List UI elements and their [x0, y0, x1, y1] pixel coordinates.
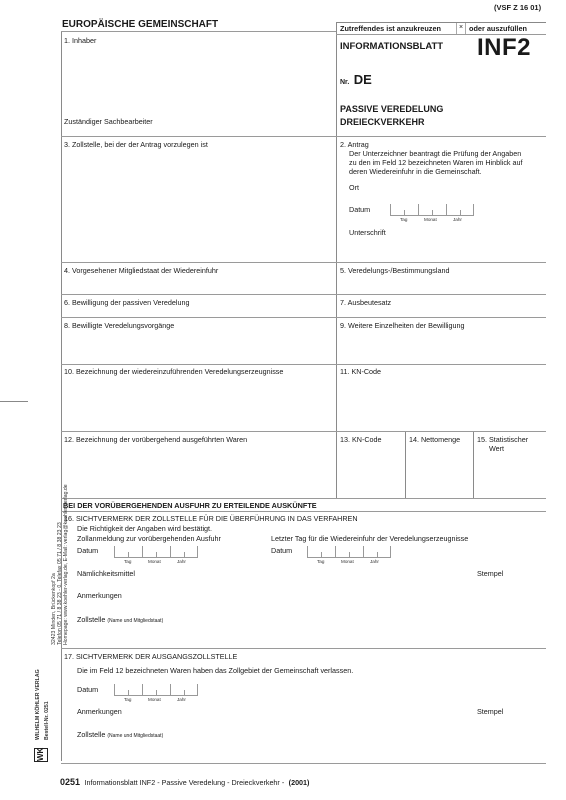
field-1-label: 1. Inhaber	[64, 36, 96, 45]
field-2-date-input[interactable]: Tag Monat Jahr	[390, 204, 474, 224]
hline-row12	[61, 431, 546, 432]
date-year-label: Jahr	[370, 559, 379, 564]
section-17-datum: Datum	[77, 685, 98, 694]
community-title: EUROPÄISCHE GEMEINSCHAFT	[62, 19, 218, 30]
hline-row10	[61, 364, 546, 365]
field-7-label: 7. Ausbeutesatz	[340, 298, 391, 307]
instruction-bar: Zutreffendes ist anzukreuzen × oder ausz…	[336, 22, 546, 34]
publisher-order-no: Bestell-Nr. 0251	[44, 701, 50, 740]
section-header: BEI DER VORÜBERGEHENDEN AUSFUHR ZU ERTEI…	[63, 501, 317, 510]
zollstelle-note: (Name und Mitgliedstaat)	[107, 733, 163, 739]
hline-row16	[61, 511, 546, 512]
field-10-label: 10. Bezeichnung der wiedereinzuführenden…	[64, 367, 283, 376]
nr-field: Nr. DE	[340, 71, 372, 89]
section-16-datum-left: Datum	[77, 546, 98, 555]
date-day-label: Tag	[400, 217, 407, 222]
field-3-label: 3. Zollstelle, bei der der Antrag vorzul…	[64, 140, 208, 149]
publisher-web: Homepage: www.koehler-verlag.de, E-Mail:…	[63, 484, 69, 645]
section-17-zollstelle: Zollstelle (Name und Mitgliedstaat)	[77, 730, 163, 741]
doc-type: INFORMATIONSBLATT	[340, 41, 443, 52]
section-16-date-right-input[interactable]: Tag Monat Jahr	[307, 546, 391, 566]
field-2-text-2: zu den im Feld 12 bezeichneten Waren im …	[349, 158, 523, 167]
section-16-confirm: Die Richtigkeit der Angaben wird bestäti…	[77, 524, 212, 533]
doc-code: INF2	[477, 34, 531, 62]
date-year-label: Jahr	[177, 559, 186, 564]
field-2-text-1: Der Unterzeichner beantragt die Prüfung …	[349, 149, 521, 158]
hline-row6	[61, 294, 546, 295]
date-month-label: Monat	[148, 559, 161, 564]
hline-row17	[61, 648, 546, 649]
field-2-label: 2. Antrag	[340, 140, 369, 149]
date-day-label: Tag	[124, 559, 131, 564]
instruction-prefix: Zutreffendes ist anzukreuzen	[340, 24, 441, 33]
field-2-datum: Datum	[349, 205, 370, 214]
title-line1: PASSIVE VEREDELUNG	[340, 104, 443, 114]
section-16-anmerkungen: Anmerkungen	[77, 591, 122, 600]
hline-top-right	[336, 34, 546, 35]
nr-label: Nr.	[340, 79, 349, 86]
section-16-stempel: Stempel	[477, 569, 503, 578]
date-day-label: Tag	[124, 697, 131, 702]
title-line2: DREIECKVERKEHR	[340, 117, 425, 127]
field-3-input[interactable]	[62, 150, 335, 260]
nr-value: DE	[354, 72, 372, 87]
field-11-label: 11. KN-Code	[340, 367, 381, 376]
hline-row2	[61, 136, 546, 137]
hline-top-left	[61, 31, 336, 32]
field-2-text-3: deren Wiedereinfuhr in die Gemeinschaft.	[349, 167, 482, 176]
divider-13-14	[405, 431, 406, 498]
date-year-label: Jahr	[453, 217, 462, 222]
hline-row4	[61, 262, 546, 263]
form-code: (VSF Z 16 01)	[494, 3, 541, 12]
instruction-suffix: oder auszufüllen	[469, 24, 527, 33]
field-6-label: 6. Bewilligung der passiven Veredelung	[64, 298, 189, 307]
divider-14-15	[473, 431, 474, 498]
field-5-label: 5. Veredelungs-/Bestimmungsland	[340, 266, 449, 275]
section-17-title: 17. SICHTVERMERK DER AUSGANGSZOLLSTELLE	[64, 652, 237, 661]
field-1-input[interactable]	[62, 46, 335, 116]
fold-mark	[0, 401, 28, 402]
section-16-zollstelle: Zollstelle (Name und Mitgliedstaat)	[77, 615, 163, 626]
field-1-sub-label: Zuständiger Sachbearbeiter	[64, 117, 153, 126]
section-17-stempel: Stempel	[477, 707, 503, 716]
section-16-right-heading: Letzter Tag für die Wiedereinfuhr der Ve…	[271, 534, 468, 543]
footer-text: Informationsblatt INF2 - Passive Veredel…	[84, 778, 284, 787]
field-15-label-2: Wert	[489, 444, 504, 453]
field-14-label: 14. Nettomenge	[409, 435, 460, 444]
section-17-date-input[interactable]: Tag Monat Jahr	[114, 684, 198, 704]
field-2-ort: Ort	[349, 183, 359, 192]
date-month-label: Monat	[424, 217, 437, 222]
section-16-datum-right: Datum	[271, 546, 292, 555]
center-divider	[336, 22, 337, 498]
date-year-label: Jahr	[177, 697, 186, 702]
zollstelle-label: Zollstelle	[77, 730, 105, 739]
section-17-text: Die im Feld 12 bezeichneten Waren haben …	[77, 666, 353, 675]
date-month-label: Monat	[148, 697, 161, 702]
footer-year: (2001)	[289, 778, 310, 787]
date-day-label: Tag	[317, 559, 324, 564]
section-16-naemlichkeit: Nämlichkeitsmittel	[77, 569, 135, 578]
footer-number: 0251	[60, 777, 80, 787]
hline-row8	[61, 317, 546, 318]
field-9-label: 9. Weitere Einzelheiten der Bewilligung	[340, 321, 465, 330]
section-16-date-left-input[interactable]: Tag Monat Jahr	[114, 546, 198, 566]
hline-bottom	[61, 763, 546, 764]
publisher-name: WILHELM KÖHLER VERLAG	[35, 669, 41, 740]
field-2-unterschrift: Unterschrift	[349, 228, 386, 237]
field-8-label: 8. Bewilligte Veredelungsvorgänge	[64, 321, 174, 330]
zollstelle-label: Zollstelle	[77, 615, 105, 624]
zollstelle-note: (Name und Mitgliedstaat)	[107, 618, 163, 624]
footer: 0251 Informationsblatt INF2 - Passive Ve…	[60, 772, 309, 790]
checkbox-mark-icon: ×	[456, 23, 466, 34]
field-12-label: 12. Bezeichnung der vorübergehend ausgef…	[64, 435, 247, 444]
hline-section	[61, 498, 546, 499]
form-left-border	[61, 31, 62, 761]
field-15-label-1: 15. Statistischer	[477, 435, 528, 444]
section-16-title: 16. SICHTVERMERK DER ZOLLSTELLE FÜR DIE …	[64, 514, 358, 523]
field-4-label: 4. Vorgesehener Mitgliedstaat der Wieder…	[64, 266, 218, 275]
publisher-logo-icon: WK	[34, 748, 48, 762]
field-13-label: 13. KN-Code	[340, 435, 382, 444]
section-17-anmerkungen: Anmerkungen	[77, 707, 122, 716]
date-month-label: Monat	[341, 559, 354, 564]
section-16-left-heading: Zollanmeldung zur vorübergehenden Ausfuh…	[77, 534, 221, 543]
